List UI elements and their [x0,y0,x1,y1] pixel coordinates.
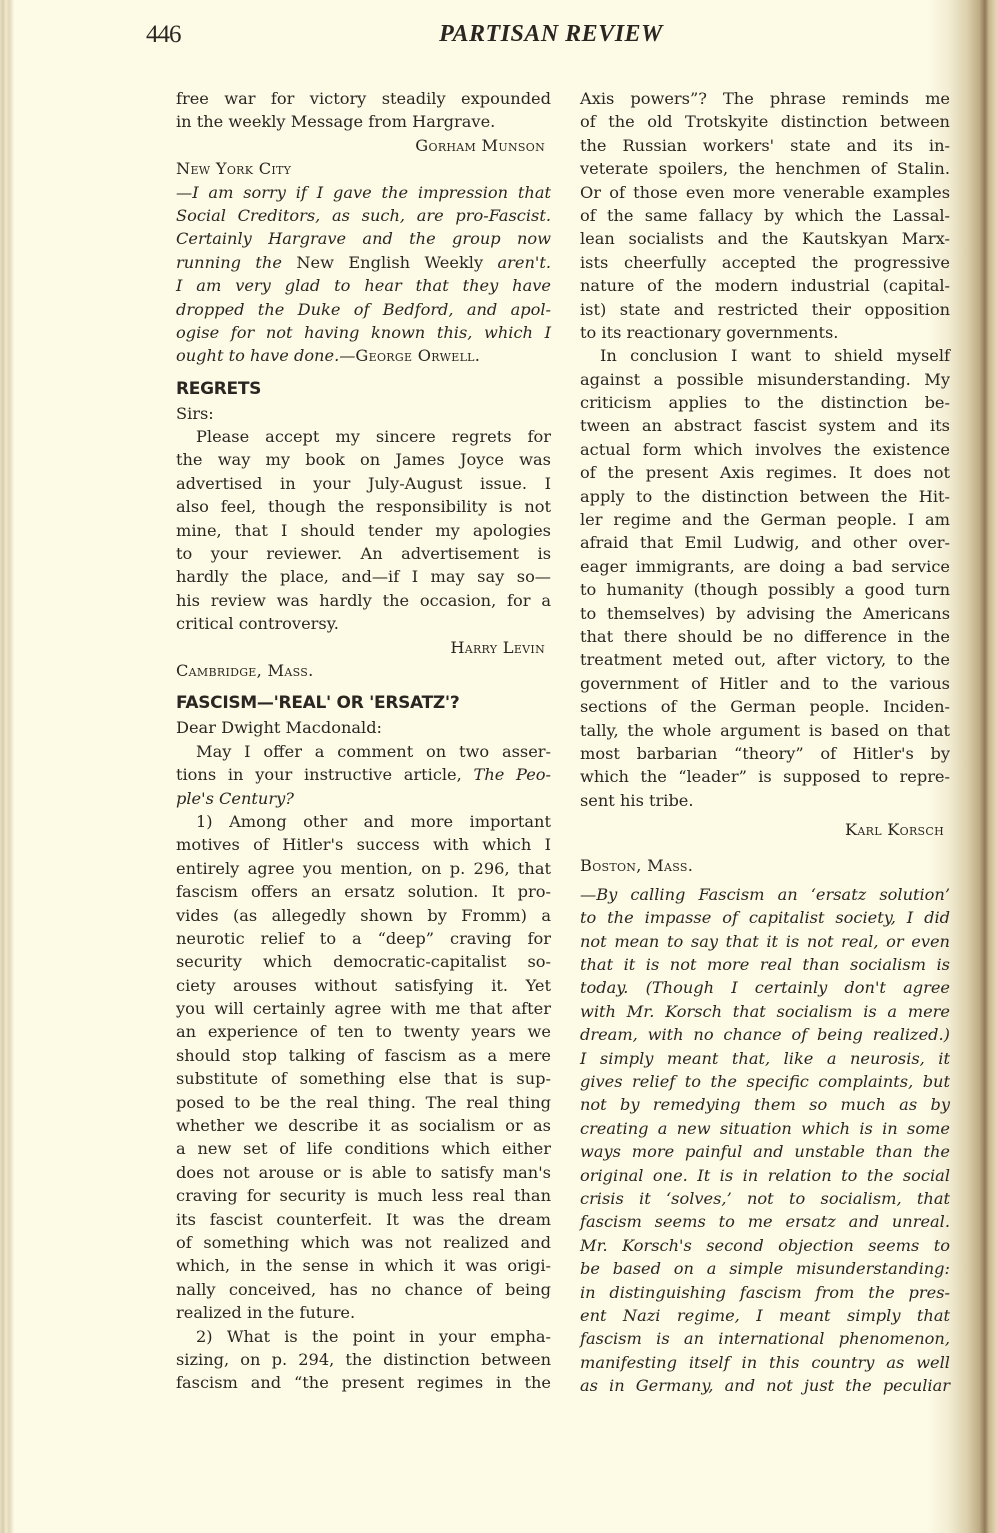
text-line: tally, the whole argument is based on th… [580,719,950,742]
text-line: original one. It is in relation to the s… [580,1164,950,1187]
text-line: be based on a simple misunderstanding: [580,1257,950,1280]
text-line: today. (Though I certainly don't agree [580,976,950,999]
text-line: fascism seems to me ersatz and unreal. [580,1210,950,1233]
text-line: ists cheerfully accepted the progressive [580,251,950,274]
munson-letter-end: free war for victory steadily expounded … [176,87,551,181]
text-line: veterate spoilers, the henchmen of Stali… [580,157,950,180]
text-line: also feel, though the responsibility is … [176,495,551,518]
signature-korsch: Karl Korsch [580,818,950,841]
text-line: his review was hardly the occasion, for … [176,589,551,612]
text-line: running the New English Weekly aren't. [176,251,551,274]
spacer [580,842,950,854]
text-line: nature of the modern industrial (capital… [580,274,950,297]
text-line: nally conceived, has no chance of being [176,1278,551,1301]
salutation: Dear Dwight Macdonald: [176,716,551,739]
text-line: fascism offers an ersatz solution. It pr… [176,880,551,903]
text-line: most barbarian “theory” of Hitler's by [580,742,950,765]
text-line: which the “leader” is supposed to repre- [580,765,950,788]
text-line: not mean to say that it is not real, or … [580,930,950,953]
location-boston: Boston, Mass. [580,854,950,877]
text-line: should stop talking of fascism as a mere [176,1044,551,1067]
text-line: posed to be the real thing. The real thi… [176,1091,551,1114]
text-line: —I am sorry if I gave the impression tha… [176,181,551,204]
text-line: in distinguishing fascism from the pres- [580,1281,950,1304]
text-line: that there should be no difference in th… [580,625,950,648]
text-line: treatment meted out, after victory, to t… [580,648,950,671]
text-line: mine, that I should tender my apologies [176,519,551,542]
text-line: substitute of something else that is sup… [176,1067,551,1090]
text-line: of the old Trotskyite distinction betwee… [580,110,950,133]
text-line: to the impasse of capitalist society, I … [580,906,950,929]
text-line: that it is not more real than socialism … [580,953,950,976]
text-line: ought to have done.—George Orwell. [176,344,551,367]
text-line: government of Hitler and to the various [580,672,950,695]
text-line: of the present Axis regimes. It does not [580,461,950,484]
text-line: 2) What is the point in your empha- [176,1325,551,1348]
text-line: not by remedying them so much as by [580,1093,950,1116]
text-line: ogise for not having known this, which I [176,321,551,344]
text-line: ist) state and restricted their oppositi… [580,298,950,321]
location-cambridge: Cambridge, Mass. [176,659,551,682]
text-line: ways more painful and unstable than the [580,1140,950,1163]
text-line: dropped the Duke of Bedford, and apol- [176,298,551,321]
text-line: with Mr. Korsch that socialism is a mere [580,1000,950,1023]
text-line: whether we describe it as socialism or a… [176,1114,551,1137]
section-heading-fascism: FASCISM—'REAL' OR 'ERSATZ'? [176,690,551,716]
korsch-letter-continued: Axis powers”? The phrase reminds me of t… [580,87,950,883]
text-line: realized in the future. [176,1301,551,1324]
salutation: Sirs: [176,402,551,425]
text-line: Mr. Korsch's second objection seems to [580,1234,950,1257]
text-line: vides (as allegedly shown by Fromm) a [176,904,551,927]
text-line: sent his tribe. [580,789,950,812]
text-line: ent Nazi regime, I meant simply that [580,1304,950,1327]
text-line: 1) Among other and more important [176,810,551,833]
text-line: dream, with no chance of being realized.… [580,1023,950,1046]
text-line: a new set of life conditions which eithe… [176,1137,551,1160]
text-line: hardly the place, and—if I may say so— [176,565,551,588]
text-line: eager immigrants, are doing a bad servic… [580,555,950,578]
text-line: as in Germany, and not just the peculiar [580,1374,950,1397]
orwell-reply: —I am sorry if I gave the impression tha… [176,181,551,368]
text-line: critical controversy. [176,612,551,635]
text-line: to themselves) by advising the Americans [580,602,950,625]
regrets-letter: Sirs: Please accept my sincere regrets f… [176,402,551,683]
text-line: Axis powers”? The phrase reminds me [580,87,950,110]
text-line: I simply meant that, like a neurosis, it [580,1047,950,1070]
text-line: security which democratic-capitalist so- [176,950,551,973]
text-line: which, in the sense in which it was orig… [176,1254,551,1277]
text-line: to your reviewer. An advertisement is [176,542,551,565]
left-column: free war for victory steadily expounded … [176,87,551,1395]
text-line: motives of Hitler's success with which I [176,833,551,856]
running-head: 446 PARTISAN REVIEW [146,21,956,53]
text-line: Please accept my sincere regrets for [176,425,551,448]
editor-reply: —By calling Fascism an ‘ersatz solution’… [580,883,950,1398]
text-line: crisis it ‘solves,’ not to socialism, th… [580,1187,950,1210]
section-heading-regrets: REGRETS [176,376,551,402]
text-line: afraid that Emil Ludwig, and other over- [580,531,950,554]
text-line: sections of the German people. Inciden- [580,695,950,718]
text-line: entirely agree you mention, on p. 296, t… [176,857,551,880]
right-column: Axis powers”? The phrase reminds me of t… [580,87,950,1397]
text-line: against a possible misunderstanding. My [580,368,950,391]
text-line: I am very glad to hear that they have [176,274,551,297]
text-line: an experience of ten to twenty years we [176,1020,551,1043]
text-line: apply to the distinction between the Hit… [580,485,950,508]
text-line: advertised in your July-August issue. I [176,472,551,495]
signature-munson: Gorham Munson [176,134,551,157]
text-line: criticism applies to the distinction be- [580,391,950,414]
text-line: Social Creditors, as such, are pro-Fasci… [176,204,551,227]
text-line: sizing, on p. 294, the distinction betwe… [176,1348,551,1371]
text-line: tween an abstract fascist system and its [580,414,950,437]
signature-levin: Harry Levin [176,636,551,659]
location-new-york: New York City [176,157,551,180]
text-line: Certainly Hargrave and the group now [176,227,551,250]
text-line: craving for security is much less real t… [176,1184,551,1207]
text-line: to its reactionary governments. [580,321,950,344]
text-line: of the same fallacy by which the Lassal- [580,204,950,227]
text-line: you will certainly agree with me that af… [176,997,551,1020]
text-line: its fascist counterfeit. It was the drea… [176,1208,551,1231]
text-line: ciety arouses without satisfying it. Yet [176,974,551,997]
text-line: actual form which involves the existence [580,438,950,461]
text-line: gives relief to the specific complaints,… [580,1070,950,1093]
text-line: fascism is an international phenomenon, [580,1327,950,1350]
text-line: May I offer a comment on two asser- [176,740,551,763]
text-line: —By calling Fascism an ‘ersatz solution’ [580,883,950,906]
text-line: In conclusion I want to shield myself [580,344,950,367]
text-line: ple's Century? [176,787,551,810]
text-line: ler regime and the German people. I am [580,508,950,531]
text-line: fascism and “the present regimes in the [176,1371,551,1394]
text-line: creating a new situation which is in som… [580,1117,950,1140]
fascism-letter: Dear Dwight Macdonald: May I offer a com… [176,716,551,1394]
text-line: in the weekly Message from Hargrave. [176,110,551,133]
signature-orwell: George Orwell. [355,346,480,365]
journal-page: 446 PARTISAN REVIEW free war for victory… [0,0,997,1533]
text-line: to humanity (though possibly a good turn [580,578,950,601]
text-line: neurotic relief to a “deep” craving for [176,927,551,950]
text-line: of something which was not realized and [176,1231,551,1254]
journal-title: PARTISAN REVIEW [146,21,956,48]
text-line: lean socialists and the Kautskyan Marx- [580,227,950,250]
text-line: Or of those even more venerable examples [580,181,950,204]
text-line: manifesting itself in this country as we… [580,1351,950,1374]
text-fragment: ought to have done.— [176,346,355,365]
text-line: tions in your instructive article, The P… [176,763,551,786]
text-line: free war for victory steadily expounded [176,87,551,110]
text-line: the way my book on James Joyce was [176,448,551,471]
text-line: the Russian workers' state and its in- [580,134,950,157]
text-line: does not arouse or is able to satisfy ma… [176,1161,551,1184]
